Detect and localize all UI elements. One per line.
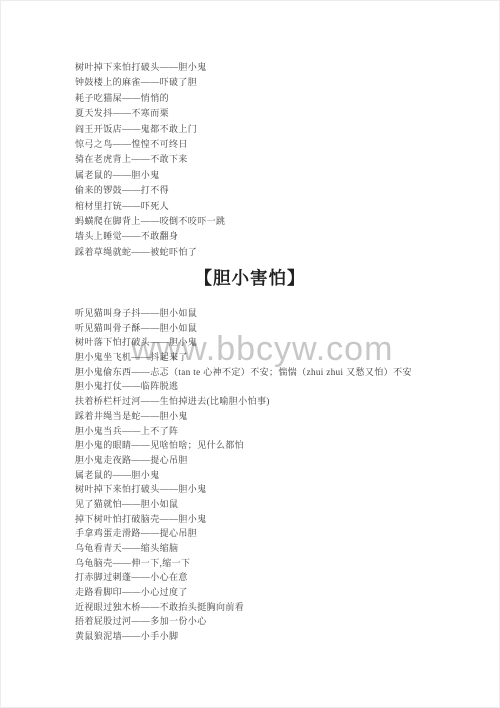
text-line: 树叶落下怕打破头——胆小鬼 [75,335,412,350]
text-line: 胆小鬼的眼睛——见啥怕啥；见什么都怕 [75,438,412,453]
section-heading: 【胆小害怕】 [0,265,500,290]
text-line: 乌龟看青天——缩头缩脑 [75,541,412,556]
text-line: 属老鼠的——胆小鬼 [75,168,225,183]
text-line: 听见猫叫骨子酥——胆小如鼠 [75,321,412,336]
text-line: 胆小鬼打仗——临阵脱逃 [75,379,412,394]
text-line: 惊弓之鸟——惶惶不可终日 [75,137,225,152]
text-line: 近视眼过独木桥——不敢抬头挺胸向前看 [75,600,412,615]
text-line: 树叶掉下来怕打破头——胆小鬼 [75,482,412,497]
text-line: 打赤脚过刺蓬——小心在意 [75,570,412,585]
text-line: 夏天发抖——不寒而栗 [75,106,225,121]
text-line: 听见猫叫身子抖——胆小如鼠 [75,306,412,321]
text-line: 见了猫就怕——胆小如鼠 [75,497,412,512]
text-line: 乌龟脑壳——伸一下,缩一下 [75,556,412,571]
text-line: 胆小鬼走夜路——提心吊胆 [75,453,412,468]
text-line: 胆小鬼偷东西——忐忑（tan te 心神不定）不安；惴惴（zhui zhui 又… [75,365,412,380]
document-page: 树叶掉下来怕打破头——胆小鬼钟鼓楼上的麻雀——吓破了胆耗子吃猫屎——悄悄的夏天发… [0,0,500,708]
text-line: 手拿鸡蛋走滑路——提心吊胆 [75,526,412,541]
text-line: 耗子吃猫屎——悄悄的 [75,91,225,106]
text-line: 蚂蟥爬在脚背上——咬倒不咬吓一跳 [75,214,225,229]
text-line: 踩着井绳当是蛇——胆小鬼 [75,409,412,424]
text-line: 踩着草绳就蛇——被蛇吓怕了 [75,245,225,260]
text-line: 走路看脚印——小心过度了 [75,585,412,600]
text-line: 棺材里打铳——吓死人 [75,199,225,214]
xiehouyu-list-danxiao-haipa: 听见猫叫身子抖——胆小如鼠听见猫叫骨子酥——胆小如鼠树叶落下怕打破头——胆小鬼胆… [75,306,412,644]
text-line: 扶着桥栏杆过河——生怕掉进去(比喻胆小怕事) [75,394,412,409]
text-line: 胆小鬼坐飞机——抖起来了 [75,350,412,365]
text-line: 捂着屁股过河——多加一份小心 [75,614,412,629]
text-line: 掉下树叶怕打破脑壳——胆小鬼 [75,512,412,527]
text-line: 骑在老虎背上——不敢下来 [75,152,225,167]
text-line: 属老鼠的——胆小鬼 [75,468,412,483]
text-line: 黄鼠狼泥墙——小手小脚 [75,629,412,644]
text-line: 胆小鬼当兵——上不了阵 [75,424,412,439]
text-line: 树叶掉下来怕打破头——胆小鬼 [75,60,225,75]
text-line: 钟鼓楼上的麻雀——吓破了胆 [75,75,225,90]
text-line: 偷来的锣鼓——打不得 [75,183,225,198]
text-line: 墙头上睡觉——不敢翻身 [75,229,225,244]
xiehouyu-list-top: 树叶掉下来怕打破头——胆小鬼钟鼓楼上的麻雀——吓破了胆耗子吃猫屎——悄悄的夏天发… [75,60,225,260]
text-line: 阎王开饭店——鬼都不敢上门 [75,122,225,137]
